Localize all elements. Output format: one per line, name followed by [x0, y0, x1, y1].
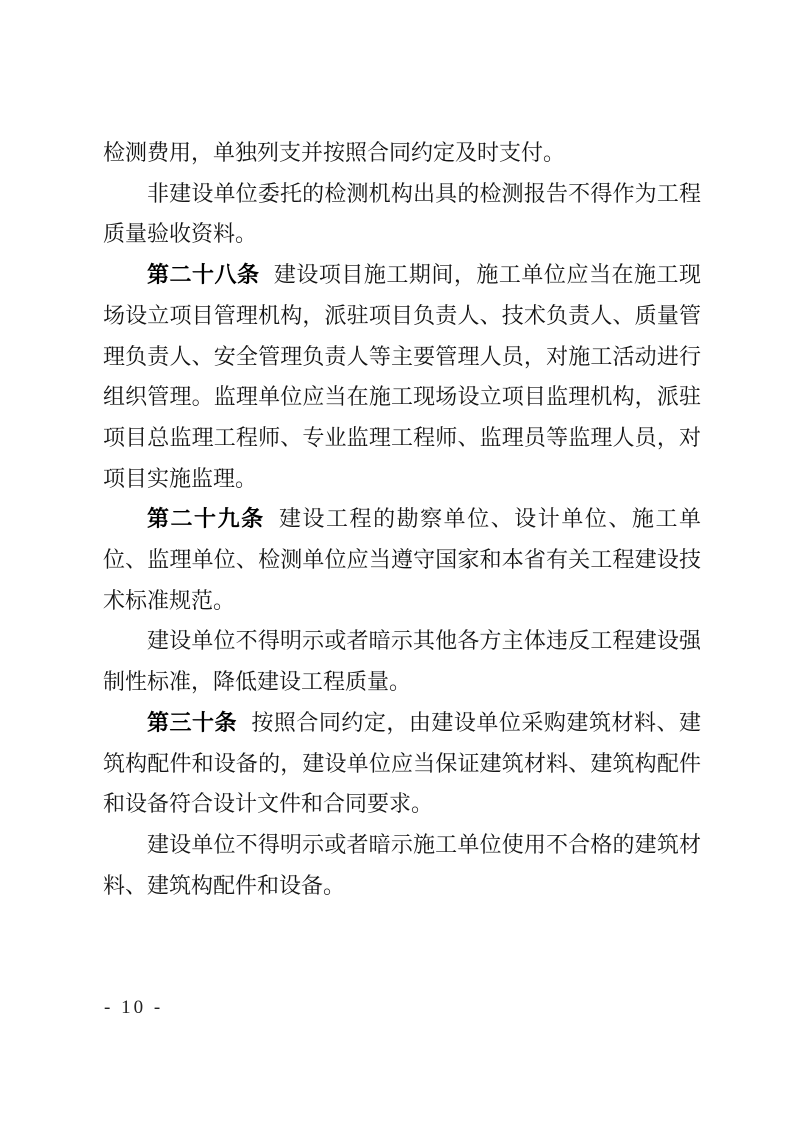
article-heading: 第二十九条	[147, 506, 265, 531]
paragraph-article-29: 第二十九条建设工程的勘察单位、设计单位、施工单位、监理单位、检测单位应当遵守国家…	[103, 499, 701, 621]
paragraph-text: 建设单位不得明示或者暗示施工单位使用不合格的建筑材料、建筑构配件和设备。	[103, 832, 701, 898]
document-page: 检测费用，单独列支并按照合同约定及时支付。 非建设单位委托的检测机构出具的检测报…	[0, 0, 793, 1122]
document-content: 检测费用，单独列支并按照合同约定及时支付。 非建设单位委托的检测机构出具的检测报…	[103, 133, 701, 906]
paragraph-continuation: 检测费用，单独列支并按照合同约定及时支付。	[103, 133, 701, 174]
article-heading: 第二十八条	[147, 262, 260, 287]
paragraph-text: 建设单位不得明示或者暗示其他各方主体违反工程建设强制性标准，降低建设工程质量。	[103, 628, 701, 694]
paragraph-article-28: 第二十八条建设项目施工期间，施工单位应当在施工现场设立项目管理机构，派驻项目负责…	[103, 255, 701, 499]
page-number: - 10 -	[104, 997, 163, 1019]
article-heading: 第三十条	[147, 710, 237, 735]
paragraph: 建设单位不得明示或者暗示施工单位使用不合格的建筑材料、建筑构配件和设备。	[103, 825, 701, 906]
paragraph: 建设单位不得明示或者暗示其他各方主体违反工程建设强制性标准，降低建设工程质量。	[103, 621, 701, 702]
paragraph: 非建设单位委托的检测机构出具的检测报告不得作为工程质量验收资料。	[103, 174, 701, 255]
paragraph-text: 检测费用，单独列支并按照合同约定及时支付。	[103, 140, 565, 165]
paragraph-article-30: 第三十条按照合同约定，由建设单位采购建筑材料、建筑构配件和设备的，建设单位应当保…	[103, 703, 701, 825]
paragraph-text: 建设项目施工期间，施工单位应当在施工现场设立项目管理机构，派驻项目负责人、技术负…	[103, 262, 701, 491]
paragraph-text: 非建设单位委托的检测机构出具的检测报告不得作为工程质量验收资料。	[103, 181, 701, 247]
